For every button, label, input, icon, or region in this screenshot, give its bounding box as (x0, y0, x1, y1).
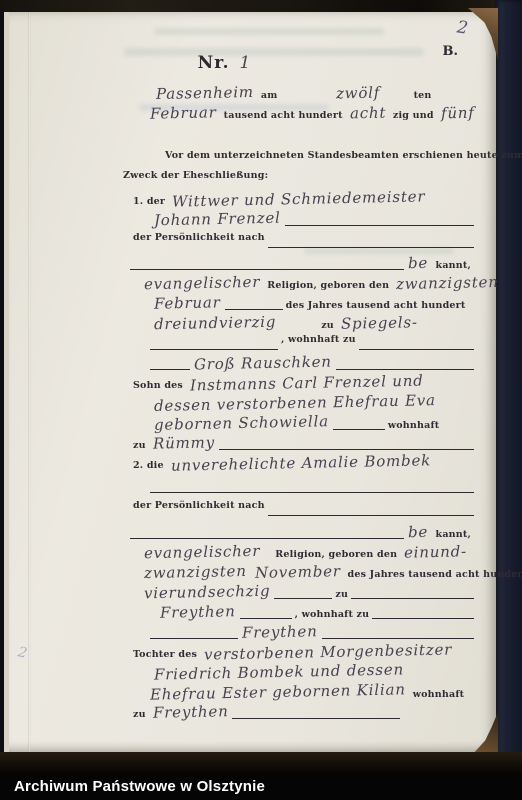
handwritten-text: Ehefrau Ester gebornen Kilian (146, 680, 410, 704)
printed-text: kannt, (433, 260, 474, 271)
handwritten-text: dreiundvierzig (150, 313, 281, 334)
blank-line (240, 618, 292, 619)
form-line: 2. dieunverehelichte Amalie Bombek (116, 454, 474, 474)
handwritten-text: Rümmy (149, 433, 219, 452)
book-cover-right (495, 0, 522, 773)
book-edge-bottom (0, 752, 522, 773)
book-edge-top (0, 0, 522, 12)
blank-line (150, 369, 190, 370)
blank-line (150, 349, 278, 350)
form-line: bekannt, (116, 523, 474, 543)
previous-page-sliver (4, 12, 9, 752)
handwritten-text: November (251, 562, 345, 582)
handwritten-text: Freythen (238, 622, 322, 642)
printed-text: der Persönlichkeit nach (130, 232, 268, 243)
form-line: Ehefrau Ester gebornen Kilianwohnhaft (116, 683, 474, 703)
printed-text: Tochter des (130, 649, 200, 660)
printed-text: des Jahres tausend acht hundert (345, 569, 522, 580)
handwritten-text: be (404, 254, 432, 273)
form-line: Februartausend acht hundertachtzig undfü… (116, 104, 474, 124)
form-line: der Persönlichkeit nach (116, 500, 474, 520)
printed-text: wohnhaft (410, 689, 467, 700)
handwritten-text: dessen verstorbenen Ehefrau Eva (150, 391, 440, 415)
showthrough-mark (154, 28, 384, 35)
document-page: 2 B. Nr.1 PassenheimamzwölftenFebruartau… (4, 12, 496, 752)
printed-text: kannt, (433, 529, 474, 540)
blank-line (336, 369, 474, 370)
blank-line (130, 538, 404, 539)
handwritten-text: zwölf (332, 83, 384, 102)
printed-text: Sohn des (130, 380, 186, 391)
printed-text: tausend acht hundert (221, 110, 346, 121)
printed-text: der Persönlichkeit nach (130, 500, 268, 511)
handwritten-text: fünf (437, 104, 479, 123)
blank-line (225, 309, 283, 310)
handwritten-text: be (404, 523, 432, 542)
blank-line (333, 429, 385, 430)
printed-text: zig und (390, 110, 437, 121)
handwritten-text: evangelischer (140, 542, 265, 563)
handwritten-text: gebornen Schowiella (150, 412, 333, 434)
printed-text: zu (318, 320, 337, 331)
archive-caption-text: Archiwum Państwowe w Olsztynie (0, 773, 265, 800)
form-line: Freythen (116, 623, 474, 643)
form-lines: PassenheimamzwölftenFebruartausend acht … (116, 84, 474, 723)
handwritten-text: evangelischer (140, 273, 265, 294)
blank-line (130, 269, 404, 270)
form-line (116, 477, 474, 497)
printed-text: , wohnhaft zu (292, 609, 373, 620)
handwritten-text: Johann Frenzel (150, 209, 285, 230)
page-crease (28, 12, 31, 752)
handwritten-text: Freythen (156, 602, 240, 622)
handwritten-text: Spiegels- (337, 313, 422, 333)
printed-text: des Jahres tausend acht hundert (283, 300, 469, 311)
printed-text: 1. der (130, 196, 168, 207)
printed-text: am (258, 90, 281, 101)
form-line: zwanzigstenNovemberdes Jahres tausend ac… (116, 563, 474, 583)
handwritten-text: verstorbenen Morgenbesitzer (200, 640, 456, 663)
printed-text: Religion, geboren den (272, 549, 400, 560)
blank-line (219, 449, 474, 450)
scanned-register-page: 2 B. Nr.1 PassenheimamzwölftenFebruartau… (0, 0, 522, 800)
printed-text: zu (332, 589, 351, 600)
blank-line (274, 598, 332, 599)
blank-line (268, 247, 474, 248)
blank-line (359, 349, 474, 350)
printed-text: zu (130, 709, 149, 720)
printed-text: Zweck der Eheschließung: (120, 170, 271, 181)
series-letter: B. (442, 44, 458, 59)
margin-mark: 2 (16, 644, 28, 662)
handwritten-text: Februar (146, 103, 221, 123)
printed-text: ten (411, 90, 435, 101)
form-line: dessen verstorbenen Ehefrau Eva (116, 394, 474, 414)
record-number-line: Nr.1 (4, 53, 444, 73)
handwritten-text: Passenheim (152, 83, 258, 103)
handwritten-text: einund- (400, 542, 471, 561)
form-line: gebornen Schowiellawohnhaft (116, 414, 474, 434)
nr-label: Nr. (198, 53, 230, 73)
form-line: dreiundvierzigzuSpiegels- (116, 314, 474, 334)
handwritten-text: zwanzigsten (392, 273, 503, 293)
form-line: , wohnhaft zu (116, 334, 474, 354)
handwritten-text: zwanzigsten (140, 562, 251, 582)
form-line: evangelischerReligion, geboren denzwanzi… (116, 274, 474, 294)
printed-text: Vor dem unterzeichneten Standesbeamten e… (162, 150, 522, 161)
blank-line (150, 492, 474, 493)
form-line: Freythen, wohnhaft zu (116, 603, 474, 623)
form-line: Februardes Jahres tausend acht hundert (116, 294, 474, 314)
form-line: der Persönlichkeit nach (116, 232, 474, 252)
blank-line (232, 718, 400, 719)
form-line: zuFreythen (116, 703, 474, 723)
form-line: Passenheimamzwölften (116, 84, 474, 104)
form-line: Friedrich Bombek und dessen (116, 663, 474, 683)
blank-line (322, 638, 474, 639)
blank-line (285, 225, 474, 226)
handwritten-text: acht (345, 104, 390, 123)
handwritten-text: Freythen (149, 702, 233, 722)
worn-corner-top-right (468, 8, 498, 60)
form-line: Tochter desverstorbenen Morgenbesitzer (116, 643, 474, 663)
blank-line (351, 598, 474, 599)
printed-text: zu (130, 440, 149, 451)
printed-text: Religion, geboren den (264, 280, 392, 291)
handwritten-text: Wittwer und Schmiedemeister (168, 187, 430, 210)
handwritten-text: Groß Rauschken (190, 352, 336, 373)
form-line: Vor dem unterzeichneten Standesbeamten e… (116, 150, 474, 170)
page-number: 2 (456, 17, 470, 38)
form-line: Johann Frenzel (116, 210, 474, 230)
archive-caption-bar: Archiwum Państwowe w Olsztynie (0, 773, 522, 800)
printed-text: 2. die (130, 460, 167, 471)
printed-text: , wohnhaft zu (278, 334, 359, 345)
form-line: bekannt, (116, 254, 474, 274)
printed-text: wohnhaft (385, 420, 442, 431)
handwritten-text: Februar (150, 293, 225, 313)
handwritten-text: unverehelichte Amalie Bombek (167, 451, 435, 475)
form-line: 1. derWittwer und Schmiedemeister (116, 190, 474, 210)
nr-value: 1 (230, 53, 251, 73)
form-line: vierundsechzigzu (116, 583, 474, 603)
blank-line (268, 515, 474, 516)
blank-line (150, 638, 238, 639)
handwritten-text: vierundsechzig (140, 582, 275, 603)
blank-line (372, 618, 474, 619)
form-line: evangelischerReligion, geboren deneinund… (116, 543, 474, 563)
